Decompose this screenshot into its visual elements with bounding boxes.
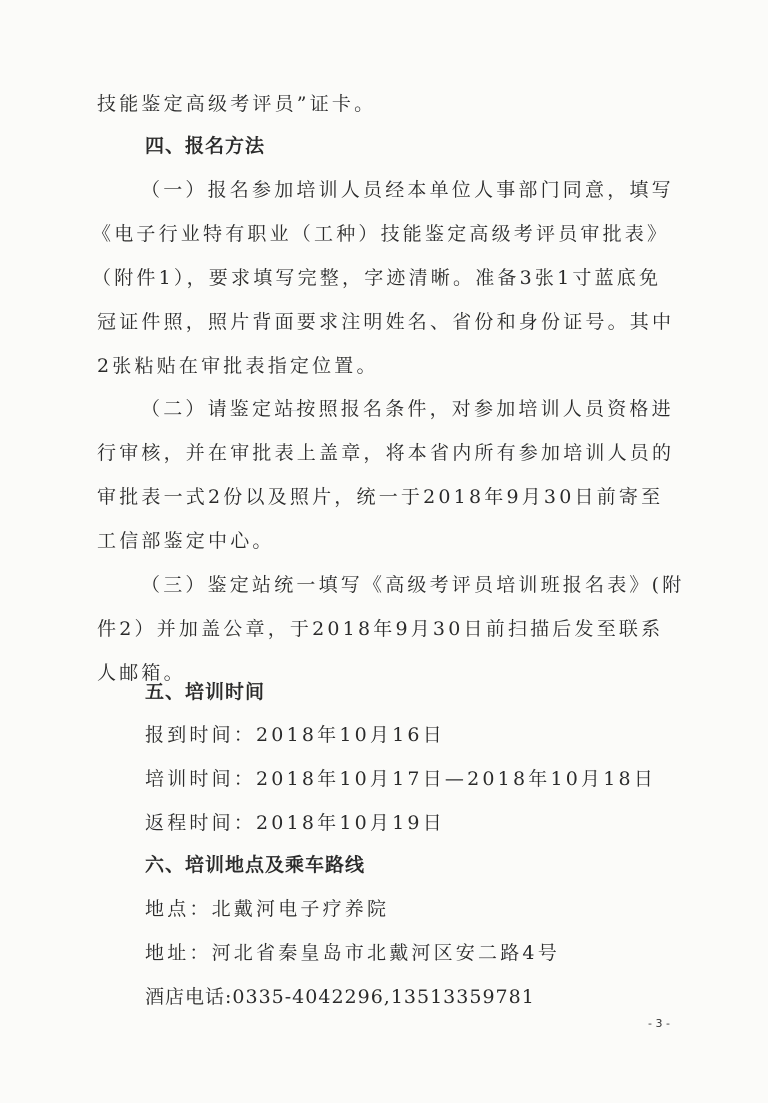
paragraph-line: 工信部鉴定中心。 bbox=[97, 529, 275, 553]
paragraph-line: 《电子行业特有职业（工种）技能鉴定高级考评员审批表》 bbox=[92, 222, 669, 246]
scan-mark bbox=[287, 410, 305, 414]
training-time: 培训时间：2018年10月17日—2018年10月18日 bbox=[145, 767, 656, 791]
paragraph-continuation: 技能鉴定高级考评员”证卡。 bbox=[97, 92, 376, 116]
paragraph-line: （附件1），要求填写完整，字迹清晰。准备3张1寸蓝底免 bbox=[92, 266, 661, 290]
section-heading-training-time: 五、培训时间 bbox=[145, 680, 265, 704]
hotel-phone: 酒店电话:0335-4042296,13513359781 bbox=[145, 985, 535, 1009]
section-heading-registration: 四、报名方法 bbox=[145, 134, 265, 158]
page-number: - 3 - bbox=[648, 1017, 670, 1030]
location-address: 地址：河北省秦皇岛市北戴河区安二路4号 bbox=[145, 941, 560, 965]
paragraph-line: 审批表一式2份以及照片，统一于2018年9月30日前寄至 bbox=[97, 485, 663, 509]
paragraph-line: 件2）并加盖公章，于2018年9月30日前扫描后发至联系 bbox=[97, 617, 663, 641]
paragraph-line: （一）报名参加培训人员经本单位人事部门同意，填写 bbox=[141, 178, 674, 202]
check-in-time: 报到时间：2018年10月16日 bbox=[145, 723, 445, 747]
paragraph-line: （三）鉴定站统一填写《高级考评员培训班报名表》(附 bbox=[141, 573, 684, 597]
paragraph-line: 行审核，并在审批表上盖章，将本省内所有参加培训人员的 bbox=[97, 441, 674, 465]
paragraph-line: 冠证件照，照片背面要求注明姓名、省份和身份证号。其中 bbox=[97, 310, 674, 334]
paragraph-line: （二）请鉴定站按照报名条件，对参加培训人员资格进 bbox=[141, 397, 674, 421]
location-name: 地点：北戴河电子疗养院 bbox=[145, 897, 389, 921]
return-time: 返程时间：2018年10月19日 bbox=[145, 811, 445, 835]
paragraph-line: 2张粘贴在审批表指定位置。 bbox=[97, 354, 379, 378]
section-heading-location: 六、培训地点及乘车路线 bbox=[145, 853, 365, 877]
document-page: 技能鉴定高级考评员”证卡。 四、报名方法 （一）报名参加培训人员经本单位人事部门… bbox=[0, 0, 768, 1103]
